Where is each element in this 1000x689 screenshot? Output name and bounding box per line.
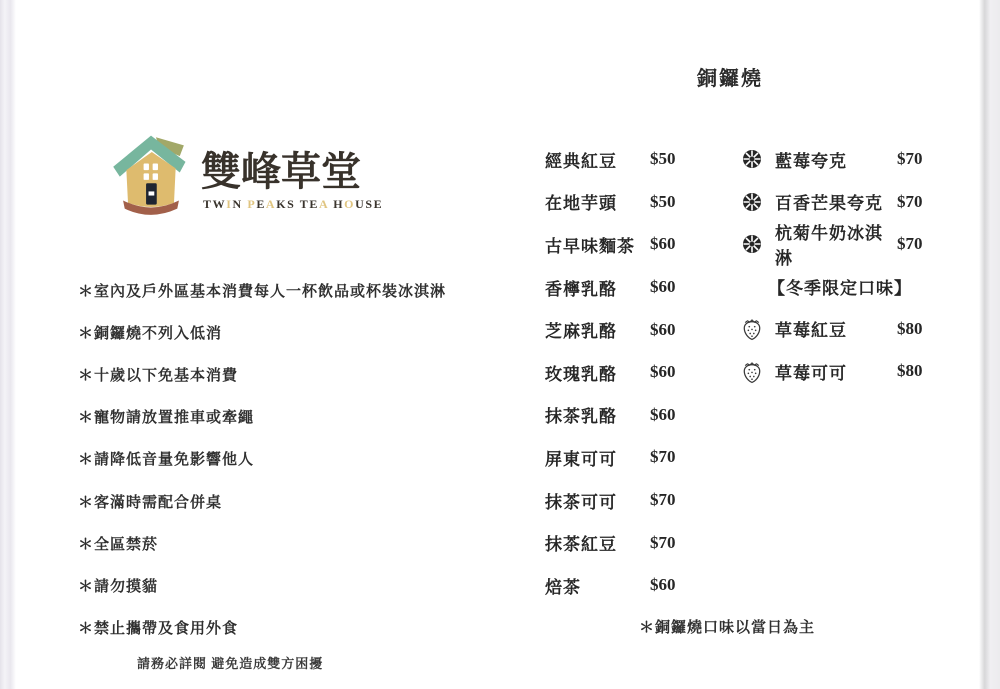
menu-item-price: $60 [650, 320, 676, 340]
house-rule-item: ＊請降低音量免影響他人 [78, 438, 518, 480]
logo-name-en: TWIN PEAKS TEA HOUSE [203, 197, 383, 212]
house-rule-item: ＊寵物請放置推車或牽繩 [78, 396, 518, 438]
frozen-item-price: $70 [897, 192, 923, 212]
menu-item-row: 香檸乳酪 $60 [545, 266, 705, 309]
menu-page: 銅鑼燒 雙峰草堂 TWIN PEAKS TEA HOUSE ＊室內及戶外區基本消… [0, 0, 1000, 689]
page-left-edge [0, 0, 16, 689]
house-rules-list: ＊室內及戶外區基本消費每人一杯飲品或杯裝冰淇淋 ＊銅鑼燒不列入低消 ＊十歲以下免… [78, 269, 518, 649]
strawberry-icon [742, 316, 762, 342]
menu-item-row: 玫瑰乳酪 $60 [545, 351, 705, 394]
menu-item-name: 古早味麵茶 [545, 232, 650, 257]
menu-item-price: $70 [650, 490, 676, 510]
frozen-item-name: 杭菊牛奶冰淇淋 [775, 219, 897, 269]
winter-item-price: $80 [897, 361, 923, 381]
winter-item-row: 草莓可可 $80 [742, 350, 938, 392]
menu-item-price: $50 [650, 192, 676, 212]
teahouse-logo-icon [108, 129, 194, 221]
winter-item-name: 草莓可可 [775, 359, 897, 384]
dorayaki-note: ＊銅鑼燒口味以當日為主 [639, 616, 815, 637]
logo-name-zh: 雙峰草堂 [201, 140, 361, 197]
frozen-item-list: 藍莓夸克 $70 [742, 138, 938, 265]
menu-item-price: $60 [650, 234, 676, 254]
snowflake-icon [742, 146, 762, 172]
menu-item-row: 抹茶乳酪 $60 [545, 394, 705, 437]
menu-item-name: 在地芋頭 [545, 189, 650, 214]
house-rule-item: ＊室內及戶外區基本消費每人一杯飲品或杯裝冰淇淋 [78, 269, 518, 311]
winter-limited-header: 【冬季限定口味】 [742, 265, 938, 307]
frozen-item-row: 杭菊牛奶冰淇淋 $70 [742, 223, 938, 265]
menu-item-name: 玫瑰乳酪 [545, 360, 650, 385]
rules-footnote: 請務必詳閱 避免造成雙方困擾 [137, 653, 323, 672]
frozen-item-row: 藍莓夸克 $70 [742, 138, 938, 180]
winter-item-name: 草莓紅豆 [775, 316, 897, 341]
winter-item-row: 草莓紅豆 $80 [742, 308, 938, 350]
winter-item-list: 草莓紅豆 $80 [742, 308, 938, 393]
menu-item-price: $60 [650, 575, 676, 595]
menu-item-row: 焙茶 $60 [545, 564, 705, 607]
snowflake-icon [742, 231, 762, 257]
menu-item-price: $60 [650, 362, 676, 382]
menu-item-row: 在地芋頭 $50 [545, 181, 705, 224]
house-rule-item: ＊客滿時需配合併桌 [78, 480, 518, 522]
strawberry-icon [742, 358, 762, 384]
menu-item-name: 抹茶紅豆 [545, 530, 650, 555]
dorayaki-flavor-list: 經典紅豆 $50 在地芋頭 $50 古早味麵茶 $60 香檸乳酪 $60 芝麻乳… [545, 138, 705, 607]
house-rule-item: ＊全區禁菸 [78, 522, 518, 564]
frozen-item-name: 藍莓夸克 [775, 147, 897, 172]
menu-item-price: $60 [650, 405, 676, 425]
house-rule-item: ＊請勿摸貓 [78, 564, 518, 606]
menu-item-price: $70 [650, 533, 676, 553]
winter-item-price: $80 [897, 319, 923, 339]
menu-item-price: $60 [650, 277, 676, 297]
menu-item-name: 抹茶乳酪 [545, 402, 650, 427]
menu-item-price: $50 [650, 149, 676, 169]
frozen-item-row: 百香芒果夸克 $70 [742, 180, 938, 222]
menu-item-row: 經典紅豆 $50 [545, 138, 705, 181]
frozen-item-name: 百香芒果夸克 [775, 189, 897, 214]
frozen-item-price: $70 [897, 234, 923, 254]
menu-item-name: 屏東可可 [545, 445, 650, 470]
snowflake-icon [742, 189, 762, 215]
menu-item-name: 芝麻乳酪 [545, 317, 650, 342]
menu-item-name: 焙茶 [545, 573, 650, 598]
house-rule-item: ＊禁止攜帶及食用外食 [78, 607, 518, 649]
menu-item-name: 抹茶可可 [545, 488, 650, 513]
page-title: 銅鑼燒 [630, 62, 830, 91]
menu-item-row: 抹茶可可 $70 [545, 479, 705, 522]
menu-item-row: 古早味麵茶 $60 [545, 223, 705, 266]
house-rule-item: ＊十歲以下免基本消費 [78, 353, 518, 395]
menu-item-price: $70 [650, 447, 676, 467]
menu-item-name: 經典紅豆 [545, 147, 650, 172]
page-right-edge [972, 0, 1000, 689]
menu-item-row: 芝麻乳酪 $60 [545, 308, 705, 351]
menu-item-row: 屏東可可 $70 [545, 436, 705, 479]
right-column: 藍莓夸克 $70 [742, 138, 938, 392]
frozen-item-price: $70 [897, 149, 923, 169]
house-rule-item: ＊銅鑼燒不列入低消 [78, 311, 518, 353]
menu-item-name: 香檸乳酪 [545, 275, 650, 300]
menu-item-row: 抹茶紅豆 $70 [545, 521, 705, 564]
